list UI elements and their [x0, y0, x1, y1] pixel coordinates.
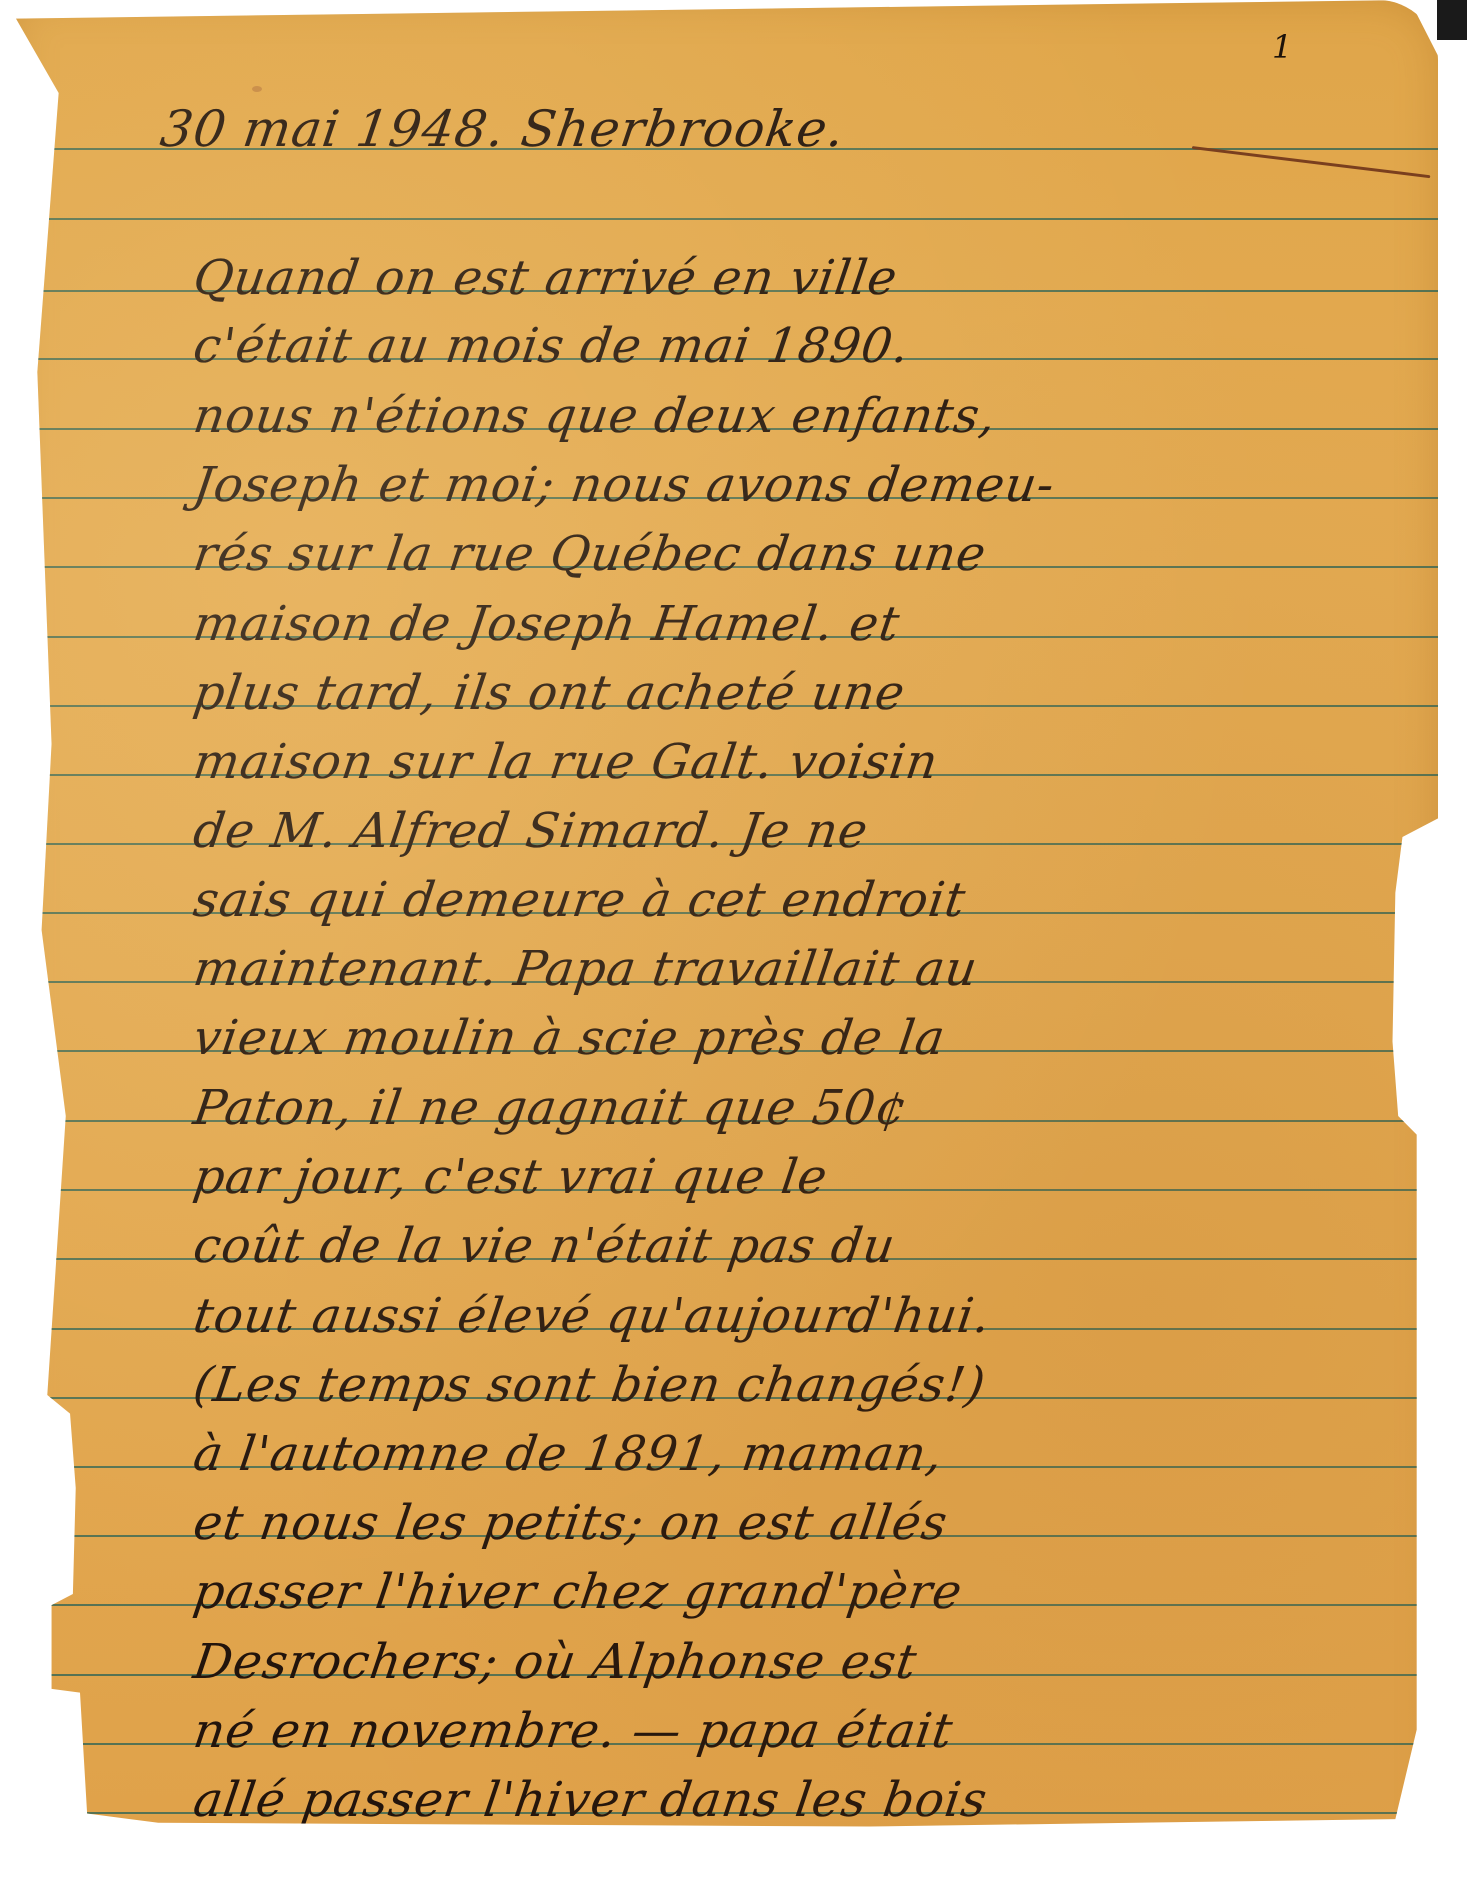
text-line: passer l'hiver chez grand'père — [190, 1564, 1378, 1620]
text-line: tout aussi élevé qu'aujourd'hui. — [190, 1288, 1378, 1344]
text-line: maison de Joseph Hamel. et — [190, 596, 1378, 652]
text-line: plus tard, ils ont acheté une — [190, 665, 1378, 721]
text-line: nous n'étions que deux enfants, — [190, 388, 1378, 444]
ruled-line — [36, 218, 1438, 220]
text-line: vieux moulin à scie près de la — [190, 1010, 1378, 1066]
text-line: allé passer l'hiver dans les bois — [190, 1772, 1378, 1828]
text-line: sais qui demeure à cet endroit — [190, 872, 1378, 928]
handwritten-page: 1 30 mai 1948. Sherbrooke. Quand on est … — [16, 0, 1438, 1860]
text-line: et nous les petits; on est allés — [190, 1495, 1378, 1551]
text-line: c'était au mois de mai 1890. — [190, 318, 1378, 374]
text-line: maison sur la rue Galt. voisin — [190, 734, 1378, 790]
text-line: né en novembre. — papa était — [190, 1703, 1378, 1759]
text-line: par jour, c'est vrai que le — [190, 1149, 1378, 1205]
scanner-shadow — [1437, 0, 1467, 40]
text-line: coût de la vie n'était pas du — [190, 1218, 1378, 1274]
text-line: (Les temps sont bien changés!) — [190, 1357, 1378, 1413]
document-header-date-place: 30 mai 1948. Sherbrooke. — [157, 100, 849, 158]
stray-ink-stroke — [1192, 146, 1431, 178]
text-line: Desrochers; où Alphonse est — [190, 1634, 1378, 1690]
text-line: Joseph et moi; nous avons demeu- — [190, 457, 1378, 513]
ink-stain — [252, 86, 262, 92]
page-number: 1 — [1272, 28, 1292, 66]
text-line: de M. Alfred Simard. Je ne — [190, 803, 1378, 859]
text-line: Quand on est arrivé en ville — [190, 250, 1378, 306]
text-line: rés sur la rue Québec dans une — [190, 526, 1378, 582]
text-line: Paton, il ne gagnait que 50¢ — [190, 1080, 1378, 1136]
text-line: maintenant. Papa travaillait au — [190, 941, 1378, 997]
text-line: à l'automne de 1891, maman, — [190, 1426, 1378, 1482]
